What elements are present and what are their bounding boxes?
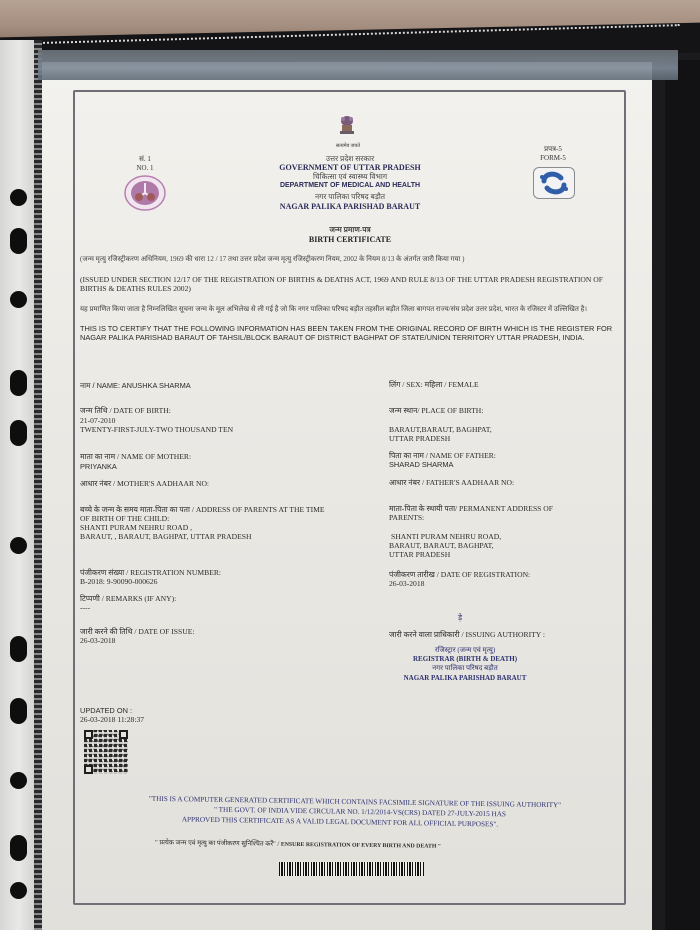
updated-on-label: UPDATED ON :: [80, 706, 132, 715]
body-title: NAGAR PALIKA PARISHAD BARAUT: [230, 202, 470, 211]
father-name-label: पिता का नाम / NAME OF FATHER:: [389, 451, 496, 460]
qr-code: [84, 730, 128, 774]
name-label: नाम / NAME:: [80, 381, 120, 390]
emblem-motto: सत्यमेव जयते: [320, 143, 376, 149]
certificate-border: [73, 90, 626, 905]
ensure-registration-english: ENSURE REGISTRATION OF EVERY BIRTH AND D…: [281, 842, 441, 850]
registrar-title-hindi: रजिस्ट्रार (जन्म एवं मृत्यु): [380, 646, 550, 655]
issue-date-label: जारी करने की तिथि / DATE OF ISSUE:: [80, 627, 194, 636]
up-government-seal-icon: [124, 175, 166, 211]
certificate-title: BIRTH CERTIFICATE: [230, 235, 470, 244]
registration-number-label: पंजीकरण संख्या / REGISTRATION NUMBER:: [80, 568, 221, 577]
issued-under-hindi: (जन्म मृत्यु रजिस्ट्रीकरण अधिनियम, 1969 …: [80, 255, 620, 264]
updated-on-value: 26-03-2018 11:28:37: [80, 715, 144, 724]
registrar-title: REGISTRAR (BIRTH & DEATH): [380, 655, 550, 664]
registration-date-value: 26-03-2018: [389, 579, 424, 588]
name-field: नाम / NAME: ANUSHKA SHARMA: [80, 381, 191, 390]
place-of-birth-line-1: BARAUT,BARAUT, BAGHPAT,: [389, 425, 492, 434]
mother-name-label: माता का नाम / NAME OF MOTHER:: [80, 452, 191, 461]
dob-value: 21-07-2010: [80, 416, 115, 425]
signature-mark: ड़े: [440, 613, 480, 622]
permanent-address-label-2: PARENTS:: [389, 513, 424, 522]
certify-statement-hindi: यह प्रमाणित किया जाता है निम्नलिखित सूचन…: [80, 305, 620, 314]
place-of-birth-line-2: UTTAR PRADESH: [389, 434, 450, 443]
form-no-hindi: प्रपत्र-5: [530, 145, 576, 154]
mother-name-value: PRIYANKA: [80, 462, 117, 471]
sleeve-perforation: [34, 40, 42, 930]
sleeve-top-band: [38, 50, 678, 80]
permanent-address-line-1: SHANTI PURAM NEHRU ROAD,: [391, 532, 501, 541]
sex-field: लिंग / SEX: महिला / FEMALE: [389, 380, 479, 389]
mother-aadhaar-label: आधार नंबर / MOTHER'S AADHAAR NO:: [80, 479, 209, 488]
permanent-address-line-2: BARAUT, BARAUT, BAGHPAT,: [389, 541, 494, 550]
dob-label: जन्म तिथि / DATE OF BIRTH:: [80, 406, 171, 415]
issuing-authority-label: जारी करने वाला प्राधिकारी / ISSUING AUTH…: [389, 630, 545, 639]
form-no: FORM-5: [530, 154, 576, 162]
barcode: [279, 862, 424, 876]
punch-hole: [10, 835, 27, 861]
birth-address-line-2: BARAUT, , BARAUT, BAGHPAT, UTTAR PRADESH: [80, 532, 251, 541]
permanent-address-label: माता-पिता के स्थायी पता/ PERMANENT ADDRE…: [389, 504, 553, 513]
certify-statement: THIS IS TO CERTIFY THAT THE FOLLOWING IN…: [80, 324, 625, 342]
crs-logo-icon: [533, 167, 575, 199]
punch-hole: [10, 882, 27, 899]
punch-hole: [10, 537, 27, 554]
sex-value: महिला / FEMALE: [425, 380, 479, 389]
birth-address-label-2: OF BIRTH OF THE CHILD:: [80, 514, 169, 523]
place-of-birth-label: जन्म स्थान/ PLACE OF BIRTH:: [389, 406, 483, 415]
registration-number-value: B-2018: 9-90090-000626: [80, 577, 157, 586]
body-title-hindi: नगर पालिका परिषद बड़ौत: [230, 192, 470, 202]
dob-in-words: TWENTY-FIRST-JULY-TWO THOUSAND TEN: [80, 425, 233, 434]
punch-hole: [10, 420, 27, 446]
father-aadhaar-label: आधार नंबर / FATHER'S AADHAAR NO:: [389, 478, 514, 487]
dept-title-hindi: चिकित्सा एवं स्वास्थ्य विभाग: [230, 172, 470, 182]
issued-under: (ISSUED UNDER SECTION 12/17 OF THE REGIS…: [80, 275, 625, 293]
serial-no: NO. 1: [125, 164, 165, 172]
punch-hole: [10, 698, 27, 724]
sex-label: लिंग / SEX:: [389, 380, 423, 389]
dept-title: DEPARTMENT OF MEDICAL AND HEALTH: [230, 182, 470, 189]
name-value: ANUSHKA SHARMA: [122, 381, 191, 390]
remarks-value: ----: [80, 603, 90, 612]
serial-no-hindi: सं. 1: [125, 155, 165, 164]
registrar-body: NAGAR PALIKA PARISHAD BARAUT: [380, 674, 550, 683]
registrar-body-hindi: नगर पालिका परिषद बड़ौत: [380, 664, 550, 673]
punch-hole: [10, 636, 27, 662]
father-name-value: SHARAD SHARMA: [389, 460, 453, 469]
punch-hole: [10, 370, 27, 396]
punch-hole: [10, 291, 27, 308]
birth-address-label: बच्चे के जन्म के समय माता-पिता का पता / …: [80, 505, 325, 514]
registration-date-label: पंजीकरण तारीख / DATE OF REGISTRATION:: [389, 570, 530, 579]
issue-date-value: 26-03-2018: [80, 636, 115, 645]
gov-title: GOVERNMENT OF UTTAR PRADESH: [230, 163, 470, 172]
permanent-address-line-3: UTTAR PRADESH: [389, 550, 450, 559]
birth-address-line-1: SHANTI PURAM NEHRU ROAD ,: [80, 523, 192, 532]
sleeve-binding-strip: [0, 40, 38, 930]
remarks-label: टिप्पणी / REMARKS (IF ANY):: [80, 594, 176, 603]
folder-cover-right: [665, 60, 700, 930]
punch-hole: [10, 189, 27, 206]
national-emblem-icon: [336, 113, 358, 143]
ensure-registration-hindi: " प्रत्येक जन्म एवं मृत्यु का पंजीकरण सु…: [155, 839, 279, 848]
certificate-title-hindi: जन्म प्रमाण-पत्र: [230, 225, 470, 235]
punch-hole: [10, 228, 27, 254]
punch-hole: [10, 772, 27, 789]
